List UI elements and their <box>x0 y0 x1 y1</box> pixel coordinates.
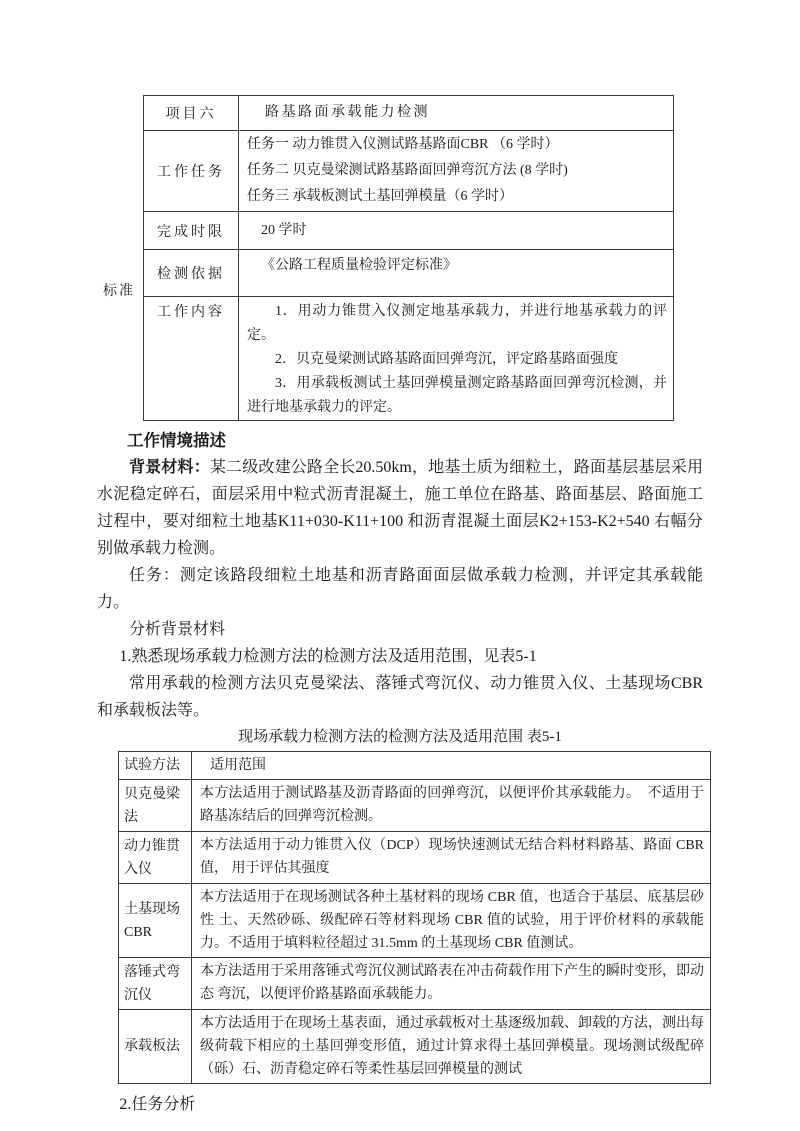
info-label-project: 项目六 <box>144 96 239 131</box>
info-row-tasks: 工作任务 任务一 动力锥贯入仪测试路基路面CBR （6 学时） 任务二 贝克曼梁… <box>144 131 674 212</box>
methods-header-scope: 适用范围 <box>192 752 711 780</box>
info-row-content: 工作内容 1．用动力锥贯入仪测定地基承载力，并进行地基承载力的评定。 2．贝克曼… <box>144 297 674 421</box>
work-content-item-1: 1．用动力锥贯入仪测定地基承载力，并进行地基承载力的评定。 <box>247 300 667 348</box>
method-row-cbr: 土基现场CBR 本方法适用于在现场测试各种土基材料的现场 CBR 值，也适合于基… <box>119 884 711 958</box>
methods-paragraph: 常用承载的检测方法贝克曼梁法、落锤式弯沉仪、动力锥贯入仪、土基现场CBR和承载板… <box>97 670 703 724</box>
method-scope-cbr: 本方法适用于在现场测试各种土基材料的现场 CBR 值，也适合于基层、底基层砂性 … <box>192 884 711 958</box>
info-row-project: 项目六 路基路面承载能力检测 <box>144 96 674 131</box>
method-name-beckman: 贝克曼梁法 <box>119 780 192 832</box>
background-label: 背景材料： <box>129 459 210 476</box>
standard-label-line1: 检测依据 <box>157 267 225 282</box>
info-value-tasks: 任务一 动力锥贯入仪测试路基路面CBR （6 学时） 任务二 贝克曼梁测试路基路… <box>239 131 674 212</box>
info-label-tasks: 工作任务 <box>144 131 239 212</box>
standard-text: 《公路工程质量检验评定标准》 <box>247 253 667 279</box>
info-row-standard: 检测依据 标准 《公路工程质量检验评定标准》 <box>144 250 674 297</box>
background-paragraph: 背景材料：某二级改建公路全长20.50km，地基土质为细粒土，路面基层基层采用水… <box>97 454 703 562</box>
methods-header-row: 试验方法 适用范围 <box>119 752 711 780</box>
info-label-standard: 检测依据 标准 <box>144 250 239 297</box>
method-name-cbr: 土基现场CBR <box>119 884 192 958</box>
method-row-beckman: 贝克曼梁法 本方法适用于测试路基及沥青路面的回弹弯沉，以便评价其承载能力。 不适… <box>119 780 711 832</box>
document-content: 项目六 路基路面承载能力检测 工作任务 任务一 动力锥贯入仪测试路基路面CBR … <box>97 0 703 1118</box>
method-name-plate: 承载板法 <box>119 1010 192 1084</box>
method-scope-dcp: 本方法适用于动力锥贯入仪（DCP）现场快速测试无结合料材料路基、路面 CBR 值… <box>192 832 711 884</box>
duration-text: 20 学时 <box>247 218 667 244</box>
methods-header-method: 试验方法 <box>119 752 192 780</box>
methods-table-title: 现场承载力检测方法的检测方法及适用范围 表5-1 <box>97 724 703 751</box>
task-line-1: 任务一 动力锥贯入仪测试路基路面CBR （6 学时） <box>247 132 667 158</box>
info-value-project: 路基路面承载能力检测 <box>239 96 674 131</box>
method-scope-fwd: 本方法适用于采用落锤式弯沉仪测试路表在冲击荷载作用下产生的瞬时变形，即动态 弯沉… <box>192 958 711 1010</box>
info-value-content: 1．用动力锥贯入仪测定地基承载力，并进行地基承载力的评定。 2．贝克曼梁测试路基… <box>239 297 674 421</box>
work-content-item-3: 3．用承载板测试土基回弹模量测定路基路面回弹弯沉检测，并进行地基承载力的评定。 <box>247 372 667 420</box>
document-page: 项目六 路基路面承载能力检测 工作任务 任务一 动力锥贯入仪测试路基路面CBR … <box>0 0 800 1131</box>
task-line-3: 任务三 承载板测试土基回弹模量（6 学时） <box>247 184 667 210</box>
standard-label-line2-hanging: 标准 <box>103 280 135 300</box>
project-title-text: 路基路面承载能力检测 <box>247 100 667 126</box>
methods-table: 试验方法 适用范围 贝克曼梁法 本方法适用于测试路基及沥青路面的回弹弯沉，以便评… <box>118 751 711 1084</box>
method-scope-beckman: 本方法适用于测试路基及沥青路面的回弹弯沉，以便评价其承载能力。 不适用于路基冻结… <box>192 780 711 832</box>
info-value-standard: 《公路工程质量检验评定标准》 <box>239 250 674 297</box>
method-row-plate: 承载板法 本方法适用于在现场土基表面，通过承载板对土基逐级加载、卸载的方法，测出… <box>119 1010 711 1084</box>
method-name-dcp: 动力锥贯入仪 <box>119 832 192 884</box>
body-section: 工作情境描述 背景材料：某二级改建公路全长20.50km，地基土质为细粒土，路面… <box>97 427 703 751</box>
method-name-fwd: 落锤式弯沉仪 <box>119 958 192 1010</box>
task-paragraph: 任务：测定该路段细粒土地基和沥青路面面层做承载力检测，并评定其承载能力。 <box>97 562 703 616</box>
list-item-2: 2.任务分析 <box>97 1091 703 1118</box>
info-label-content: 工作内容 <box>144 297 239 421</box>
info-value-duration: 20 学时 <box>239 212 674 250</box>
task-line-2: 任务二 贝克曼梁测试路基路面回弹弯沉方法 (8 学时) <box>247 158 667 184</box>
work-content-item-2: 2．贝克曼梁测试路基路面回弹弯沉，评定路基路面强度 <box>247 348 667 372</box>
info-label-duration: 完成时限 <box>144 212 239 250</box>
analysis-heading: 分析背景材料 <box>97 616 703 643</box>
method-scope-plate: 本方法适用于在现场土基表面，通过承载板对土基逐级加载、卸载的方法，测出每级荷载下… <box>192 1010 711 1084</box>
method-row-fwd: 落锤式弯沉仪 本方法适用于采用落锤式弯沉仪测试路表在冲击荷载作用下产生的瞬时变形… <box>119 958 711 1010</box>
section-heading: 工作情境描述 <box>127 427 703 454</box>
info-row-duration: 完成时限 20 学时 <box>144 212 674 250</box>
method-row-dcp: 动力锥贯入仪 本方法适用于动力锥贯入仪（DCP）现场快速测试无结合料材料路基、路… <box>119 832 711 884</box>
project-info-table: 项目六 路基路面承载能力检测 工作任务 任务一 动力锥贯入仪测试路基路面CBR … <box>143 95 674 421</box>
list-item-1: 1.熟悉现场承载力检测方法的检测方法及适用范围，见表5-1 <box>97 643 703 670</box>
